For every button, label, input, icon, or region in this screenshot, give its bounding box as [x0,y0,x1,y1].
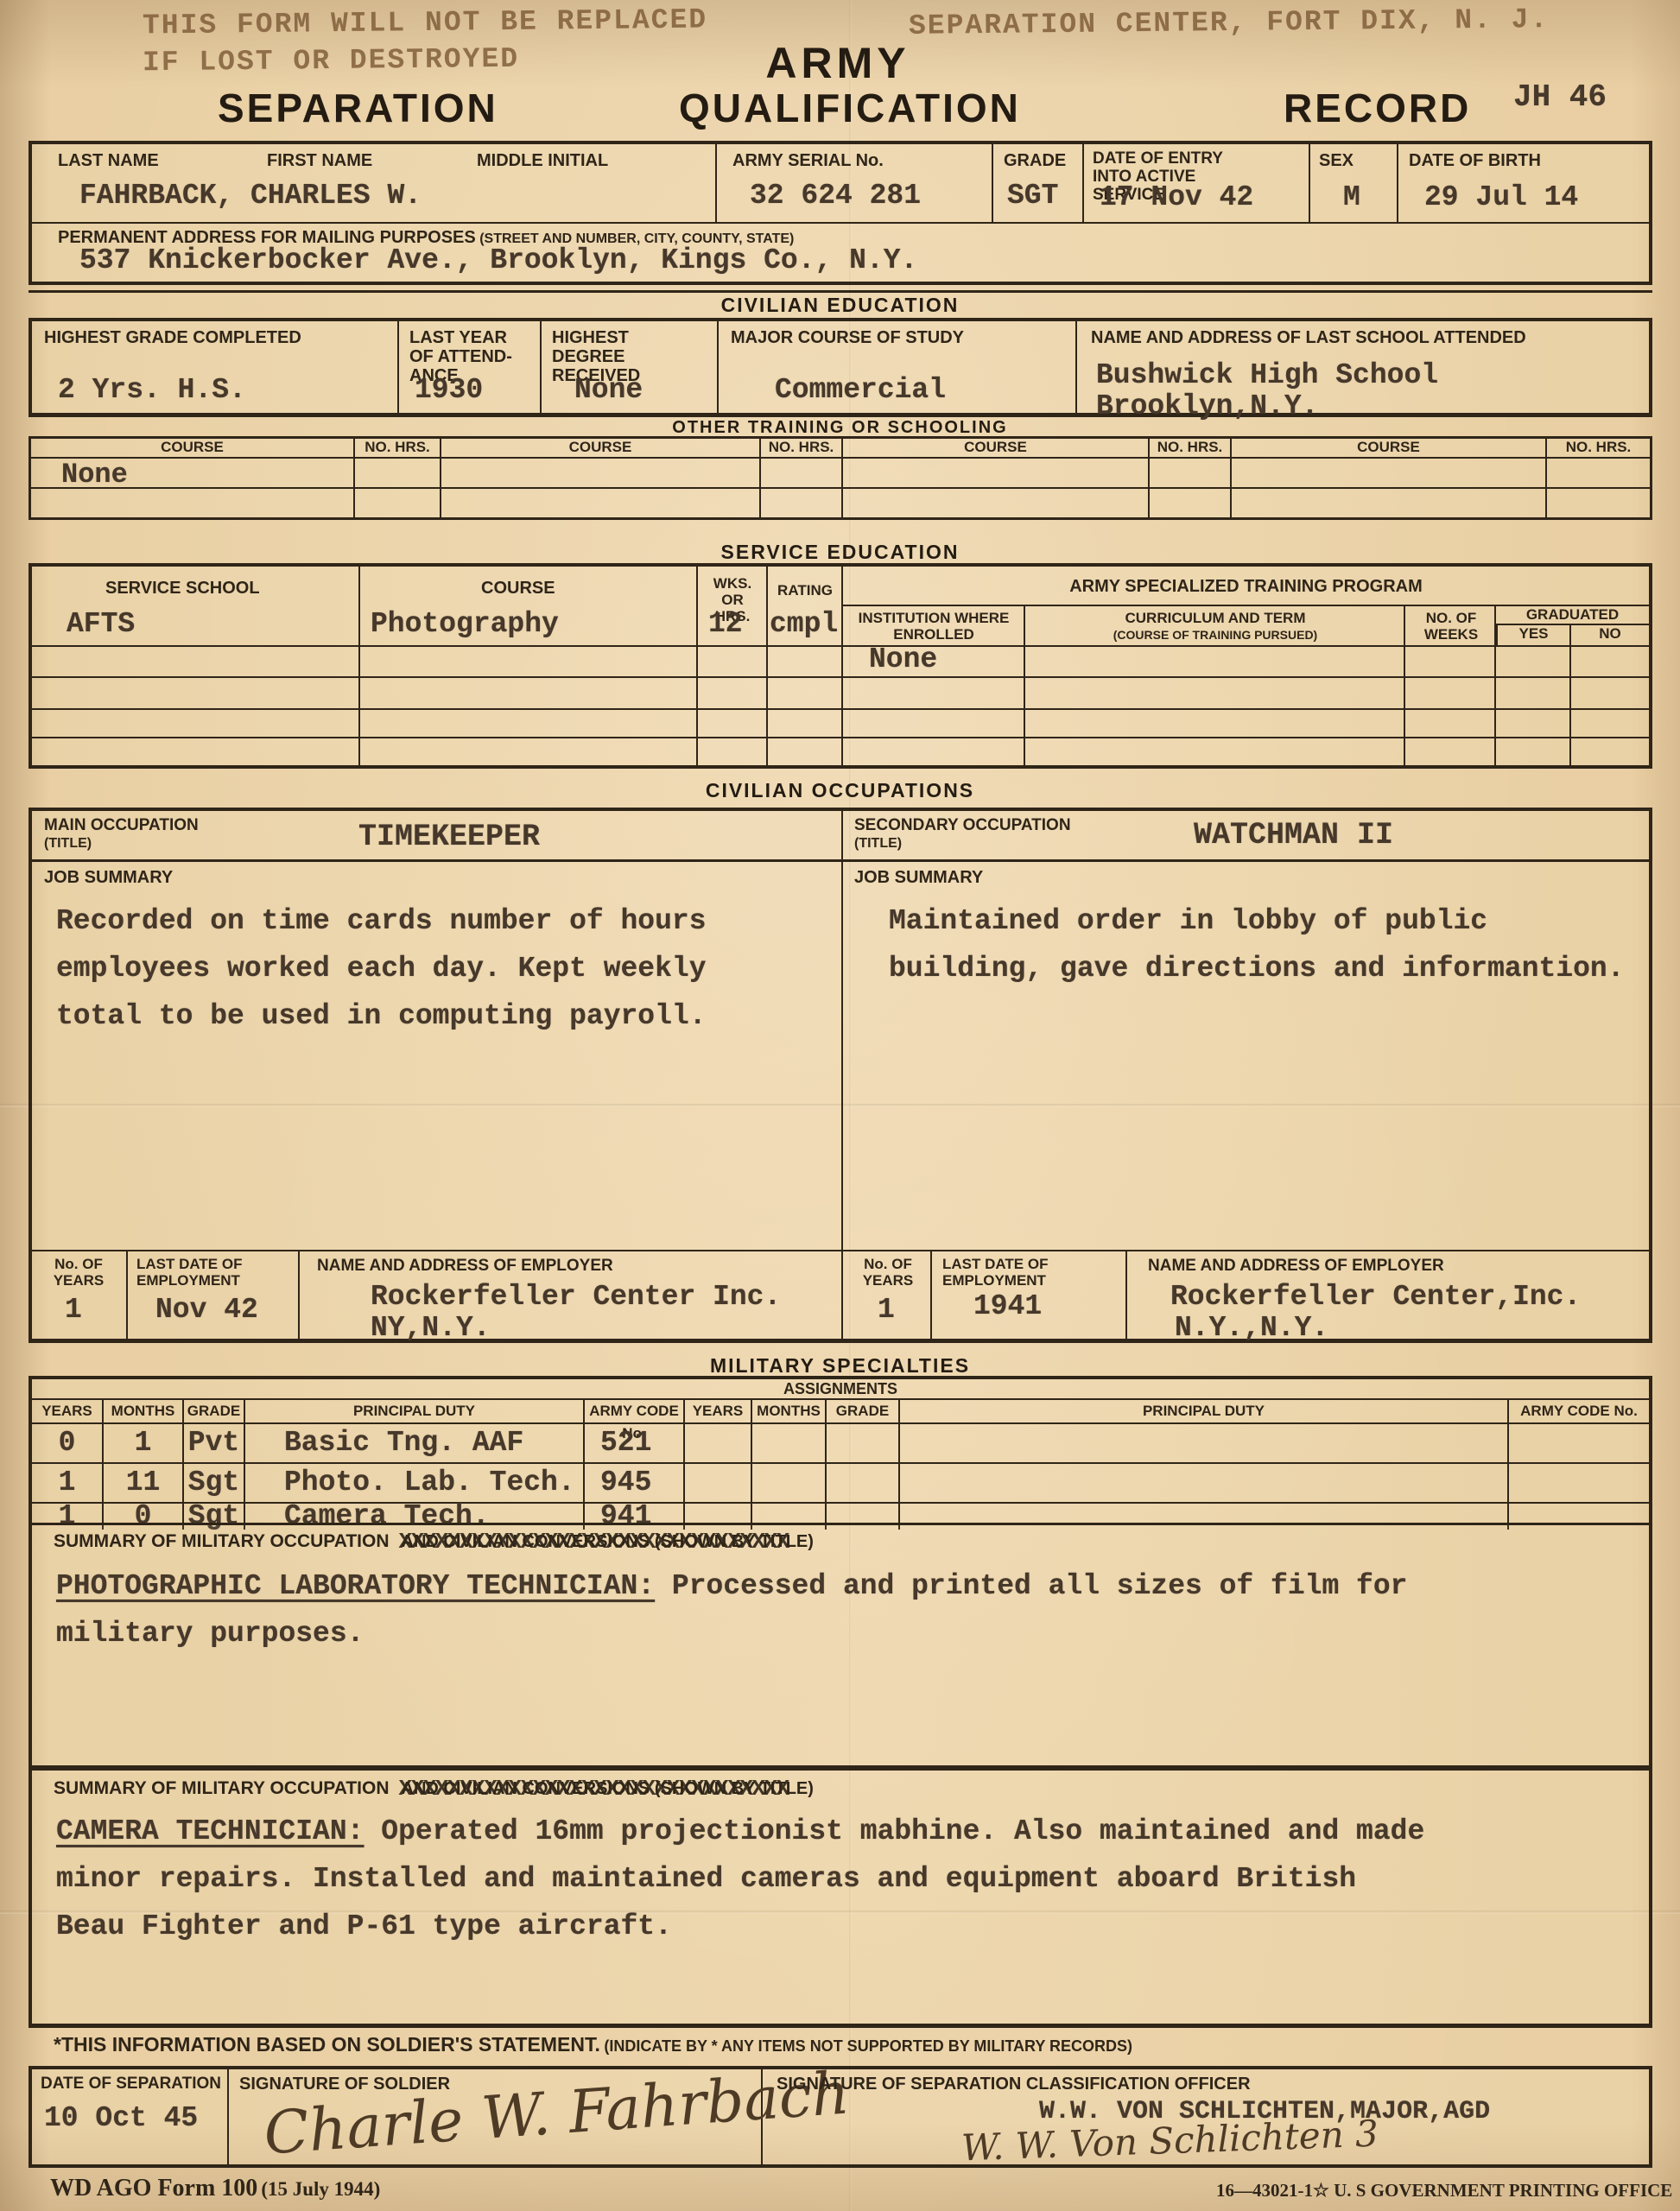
astp-label: ARMY SPECIALIZED TRAINING PROGRAM [843,577,1649,596]
service-ed-row-cell [843,678,1025,710]
service-education-heading: SERVICE EDUCATION [0,541,1680,564]
course-header: COURSE [1232,439,1547,457]
service-ed-row-cell [32,710,360,738]
service-ed-row-cell [32,678,360,710]
hrs-header: NO. HRS. [1150,439,1232,457]
summary1-struck-phrase: AND CIVILIAN CONVERSIONS (SHOWN BY TITLE… [402,1532,814,1552]
training-row-cell [355,459,441,487]
personal-info-table: LAST NAME FIRST NAME MIDDLE INITIAL FAHR… [29,141,1652,285]
officer-signature-label: SIGNATURE OF SEPARATION CLASSIFICATION O… [777,2075,1251,2094]
hrs-header: NO. HRS. [355,439,441,457]
footnote-main: *THIS INFORMATION BASED ON SOLDIER'S STA… [54,2033,600,2056]
service-ed-row-cell [32,647,360,678]
right-last-date-cell: LAST DATE OF EMPLOYMENT 1941 [932,1251,1127,1341]
hrs-header: NO. HRS. [1547,439,1650,457]
degree-value: None [574,374,643,406]
course-header: COURSE [31,439,355,457]
right-last-date-value: 1941 [973,1290,1042,1322]
service-ed-row-cell [1496,647,1571,678]
weeks-label: NO. OF WEEKS [1412,610,1490,643]
training-row-cell [1547,489,1650,517]
degree-cell: HIGHEST DEGREE RECEIVED None [542,321,719,413]
assignment-code: 945 [585,1464,685,1502]
grade-label: GRADE [1004,151,1066,170]
service-ed-row-cell [1405,647,1496,678]
institution-label: INSTITUTION WHERE ENROLLED [852,610,1016,643]
right-years-value: 1 [878,1294,895,1326]
summary2-title: CAMERA TECHNICIAN: [56,1815,364,1847]
service-ed-row-cell [1571,647,1649,678]
serial-label: ARMY SERIAL No. [732,151,884,170]
employer-label: NAME AND ADDRESS OF EMPLOYER [1148,1257,1444,1276]
officer-signature-script: W. W. Von Schlichten 3 [960,2113,1379,2170]
middle-initial-label: MIDDLE INITIAL [477,151,608,170]
training-course-value: None [61,459,128,491]
title-annotation: JH 46 [1513,79,1607,115]
service-ed-row-cell [32,738,360,765]
service-course-label: COURSE [481,579,555,598]
assignment-row: 1 0 Sgt Camera Tech. 941 [32,1504,1649,1524]
service-ed-row-cell [1571,678,1649,710]
left-years-value: 1 [65,1294,82,1326]
last-year-value: 1930 [415,374,483,406]
service-ed-row-cell [1405,678,1496,710]
secondary-occupation-label: SECONDARY OCCUPATION [854,816,1071,835]
summary2-box: SUMMARY OF MILITARY OCCUPATIONAND CIVILI… [29,1768,1652,2028]
assignment-empty [1509,1424,1649,1462]
wks-cell: WKS. OR HRS. 12 [698,567,768,647]
training-row-cell [1150,459,1232,487]
summary1-line2: military purposes. [56,1618,364,1650]
curriculum-sublabel: (COURSE OF TRAINING PURSUED) [1043,627,1388,643]
astp-institution-value: None [869,643,937,675]
service-ed-row-cell [360,710,698,738]
assignments-table: ASSIGNMENTS YEARS MONTHS GRADE PRINCIPAL… [29,1376,1652,1523]
assignment-row: 1 11 Sgt Photo. Lab. Tech. 945 [32,1464,1649,1504]
summary2-label: SUMMARY OF MILITARY OCCUPATION [54,1778,390,1798]
service-ed-row-cell [1405,738,1496,765]
assignment-years: 1 [32,1464,104,1502]
right-employer-line2: N.Y.,N.Y. [1175,1312,1328,1344]
address-value: 537 Knickerbocker Ave., Brooklyn, Kings … [79,244,917,276]
secondary-summary-line2: building, gave directions and informanti… [889,945,1625,992]
assignment-row: 0 1 Pvt Basic Tng. AAF 521 [32,1424,1649,1464]
service-ed-row-cell [768,738,843,765]
course-header: COURSE [843,439,1150,457]
service-ed-row-cell [1496,678,1571,710]
wks-value: 12 [708,608,743,640]
training-row-cell [1150,489,1232,517]
years-label: No. OF YEARS [846,1256,929,1289]
assignment-months: 11 [104,1464,184,1502]
assignment-empty [1509,1464,1649,1502]
training-row-cell [441,459,761,487]
graduated-yes-label: YES [1496,625,1571,647]
date-of-separation-cell: DATE OF SEPARATION 10 Oct 45 [32,2069,229,2164]
rating-value: cmpl [770,608,838,640]
service-ed-row-cell [843,710,1025,738]
training-row-cell [441,489,761,517]
stamp-not-replaced-line1: THIS FORM WILL NOT BE REPLACED [143,4,707,42]
service-school-value: AFTS [67,608,135,640]
employer-label: NAME AND ADDRESS OF EMPLOYER [317,1257,613,1276]
footnote: *THIS INFORMATION BASED ON SOLDIER'S STA… [54,2035,1132,2056]
summary2-line2: minor repairs. Installed and maintained … [56,1863,1356,1895]
sex-cell: SEX M [1310,144,1398,222]
main-title-sublabel: (TITLE) [44,836,92,852]
service-ed-row-cell [1025,647,1405,678]
form-number-date: (15 July 1944) [261,2178,380,2200]
assignment-empty [827,1464,900,1502]
form-title-army: ARMY [691,38,985,88]
name-cell: LAST NAME FIRST NAME MIDDLE INITIAL FAHR… [32,144,717,222]
service-ed-row-cell [1496,710,1571,738]
birth-value: 29 Jul 14 [1424,181,1578,213]
service-ed-row-cell [1405,710,1496,738]
hrs-header: NO. HRS. [761,439,843,457]
form-number-main: WD AGO Form 100 [50,2175,257,2201]
training-row-cell: None [31,459,355,487]
assignments-band: ASSIGNMENTS [32,1379,1649,1400]
service-school-cell: SERVICE SCHOOL AFTS [32,567,360,647]
entry-value: 17 Nov 42 [1100,181,1253,213]
assignment-empty [827,1424,900,1462]
service-ed-row-cell [698,647,768,678]
footnote-paren: (INDICATE BY * ANY ITEMS NOT SUPPORTED B… [604,2037,1132,2055]
main-summary-line1: Recorded on time cards number of hours [56,897,707,945]
graduated-no-label: NO [1571,625,1649,647]
main-occupation-label: MAIN OCCUPATION [44,816,199,835]
left-employer-cell: NAME AND ADDRESS OF EMPLOYER Rockerfelle… [300,1251,841,1341]
assignment-empty [900,1424,1509,1462]
graduated-header-cell: GRADUATED YES NO [1496,606,1649,647]
occupation-title-row: MAIN OCCUPATION (TITLE) TIMEKEEPER SECON… [32,811,1649,862]
other-training-heading: OTHER TRAINING OR SCHOOLING [0,418,1680,438]
summary2-line1: Operated 16mm projectionist mabhine. Als… [364,1815,1424,1847]
summary2-line3: Beau Fighter and P-61 type aircraft. [56,1910,672,1942]
school-value-line1: Bushwick High School [1096,359,1438,391]
service-ed-row-cell [698,738,768,765]
assignment-months: 1 [104,1424,184,1462]
secondary-occupation-value: WATCHMAN II [1194,818,1393,852]
civilian-occupations-table: MAIN OCCUPATION (TITLE) TIMEKEEPER SECON… [29,808,1652,1343]
service-ed-row-cell [1496,738,1571,765]
secondary-title-sublabel: (TITLE) [854,836,902,852]
assignment-duty: Photo. Lab. Tech. [245,1464,585,1502]
birth-label: DATE OF BIRTH [1409,151,1541,170]
military-specialties-heading: MILITARY SPECIALTIES [0,1354,1680,1378]
training-row-cell [1232,489,1547,517]
school-label: NAME AND ADDRESS OF LAST SCHOOL ATTENDED [1091,328,1526,347]
major-course-label: MAJOR COURSE OF STUDY [731,328,964,347]
main-occupation-value: TIMEKEEPER [358,820,540,854]
secondary-job-summary-label: JOB SUMMARY [854,868,983,887]
rating-cell: RATING cmpl [768,567,843,647]
service-ed-row-cell [768,710,843,738]
last-name-label: LAST NAME [58,151,159,170]
left-employer-line2: NY,N.Y. [371,1312,491,1344]
service-course-cell: COURSE Photography [360,567,698,647]
service-ed-row-cell [768,678,843,710]
rating-label: RATING [771,582,839,599]
training-row-cell [31,489,355,517]
civilian-education-heading: CIVILIAN EDUCATION [0,294,1680,317]
course-header: COURSE [441,439,761,457]
summary1-title: PHOTOGRAPHIC LABORATORY TECHNICIAN: [56,1570,655,1602]
address-cell: PERMANENT ADDRESS FOR MAILING PURPOSES (… [32,224,1649,280]
date-of-separation-value: 10 Oct 45 [44,2102,198,2134]
form-title-separation: SEPARATION [218,85,498,131]
graduated-label: GRADUATED [1496,606,1649,625]
serial-cell: ARMY SERIAL No. 32 624 281 [717,144,993,222]
double-rule [29,290,1652,293]
training-row-cell [1232,459,1547,487]
last-date-label: LAST DATE OF EMPLOYMENT [942,1256,1072,1289]
service-course-value: Photography [371,608,559,640]
last-date-label: LAST DATE OF EMPLOYMENT [136,1256,266,1289]
separation-qualification-record-page: THIS FORM WILL NOT BE REPLACED IF LOST O… [0,0,1680,2211]
service-ed-row-cell [1025,738,1405,765]
assignment-empty [685,1424,752,1462]
assignment-duty: Basic Tng. AAF [245,1424,585,1462]
service-ed-row-cell [768,647,843,678]
left-last-date-value: Nov 42 [155,1294,258,1326]
main-job-summary-label: JOB SUMMARY [44,868,173,887]
date-of-separation-label: DATE OF SEPARATION [41,2075,221,2094]
training-row-cell [761,489,843,517]
training-row-cell [761,459,843,487]
civilian-occupations-heading: CIVILIAN OCCUPATIONS [0,779,1680,802]
left-last-date-cell: LAST DATE OF EMPLOYMENT Nov 42 [128,1251,300,1341]
employer-band: No. OF YEARS 1 LAST DATE OF EMPLOYMENT N… [32,1250,1649,1341]
assignment-code: 521 [585,1424,685,1462]
highest-grade-cell: HIGHEST GRADE COMPLETED 2 Yrs. H.S. [32,321,399,413]
form-title-qualification: QUALIFICATION [679,85,1021,131]
first-name-label: FIRST NAME [267,151,372,170]
training-row-cell [355,489,441,517]
major-course-value: Commercial [775,374,946,406]
right-employer-cell: NAME AND ADDRESS OF EMPLOYER Rockerfelle… [1127,1251,1649,1341]
name-value: FAHRBACK, CHARLES W. [79,180,422,212]
assignment-empty [685,1464,752,1502]
right-employer-line1: Rockerfeller Center,Inc. [1170,1281,1581,1313]
curriculum-header-cell: CURRICULUM AND TERM (COURSE OF TRAINING … [1025,606,1405,647]
entry-cell: DATE OF ENTRY INTO ACTIVE SERVICE 17 Nov… [1084,144,1310,222]
astp-header-cell: ARMY SPECIALIZED TRAINING PROGRAM [843,567,1649,606]
stamp-separation-center: SEPARATION CENTER, FORT DIX, N. J. [909,3,1550,42]
service-ed-row-cell [698,678,768,710]
officer-signature-cell: SIGNATURE OF SEPARATION CLASSIFICATION O… [763,2069,1649,2164]
assignment-years: 0 [32,1424,104,1462]
sex-value: M [1343,181,1360,213]
curriculum-label: CURRICULUM AND TERM [1043,610,1388,626]
sex-label: SEX [1319,151,1354,170]
school-cell: NAME AND ADDRESS OF LAST SCHOOL ATTENDED… [1077,321,1649,413]
civilian-education-table: HIGHEST GRADE COMPLETED 2 Yrs. H.S. LAST… [29,318,1652,417]
service-ed-row-cell [843,738,1025,765]
secondary-summary-line1: Maintained order in lobby of public [889,897,1625,945]
years-label: No. OF YEARS [37,1256,120,1289]
service-education-table: SERVICE SCHOOL AFTS COURSE Photography W… [29,563,1652,769]
institution-header-cell: INSTITUTION WHERE ENROLLED [843,606,1025,647]
birth-cell: DATE OF BIRTH 29 Jul 14 [1398,144,1642,222]
highest-grade-value: 2 Yrs. H.S. [58,374,246,406]
service-ed-row-cell [1571,738,1649,765]
stamp-not-replaced-line2: IF LOST OR DESTROYED [143,43,519,79]
service-ed-row-cell [360,678,698,710]
right-years-cell: No. OF YEARS 1 [843,1251,932,1341]
summary2-struck-phrase: AND CIVILIAN CONVERSIONS (SHOWN BY TITLE… [402,1779,814,1799]
main-summary-line2: employees worked each day. Kept weekly [56,945,707,992]
service-school-label: SERVICE SCHOOL [105,579,260,598]
service-ed-row-cell [360,738,698,765]
training-row-cell [1547,459,1650,487]
gpo-imprint: 16—43021-1☆ U. S GOVERNMENT PRINTING OFF… [1216,2180,1672,2201]
main-summary-line3: total to be used in computing payroll. [56,992,707,1040]
weeks-header-cell: NO. OF WEEKS [1405,606,1496,647]
service-ed-row-cell [698,710,768,738]
service-ed-row-cell [1571,710,1649,738]
form-title-record: RECORD [1284,85,1471,131]
signature-table: DATE OF SEPARATION 10 Oct 45 SIGNATURE O… [29,2066,1652,2168]
assignment-grade: Pvt [184,1424,245,1462]
service-ed-row-cell [1025,710,1405,738]
training-row-cell [843,489,1150,517]
assignment-empty [900,1464,1509,1502]
summary2-strike-overlay: XXXXXXXXXXXXXXXXXXXXXXXXXXXXXXXX [399,1776,789,1802]
other-training-table: COURSE NO. HRS. COURSE NO. HRS. COURSE N… [29,436,1652,520]
highest-grade-label: HIGHEST GRADE COMPLETED [44,328,301,347]
left-employer-line1: Rockerfeller Center Inc. [371,1281,781,1313]
training-row-cell [843,459,1150,487]
grade-value: SGT [1007,180,1058,212]
major-course-cell: MAJOR COURSE OF STUDY Commercial [719,321,1077,413]
assignment-empty [752,1464,827,1502]
summary1-line1: Processed and printed all sizes of film … [655,1570,1407,1602]
assignment-empty [752,1424,827,1462]
soldier-signature-cell: SIGNATURE OF SOLDIER Charle W. Fahrbach [229,2069,763,2164]
service-ed-row-cell [1025,678,1405,710]
grade-cell: GRADE SGT [993,144,1084,222]
astp-institution-value-cell: None [843,647,1025,678]
summary1-box: SUMMARY OF MILITARY OCCUPATIONAND CIVILI… [29,1523,1652,1768]
form-number: WD AGO Form 100 (15 July 1944) [50,2175,380,2202]
assignment-grade: Sgt [184,1464,245,1502]
summary1-label: SUMMARY OF MILITARY OCCUPATION [54,1531,390,1551]
left-years-cell: No. OF YEARS 1 [32,1251,128,1341]
summary1-strike-overlay: XXXXXXXXXXXXXXXXXXXXXXXXXXXXXXXX [399,1529,789,1555]
serial-value: 32 624 281 [750,180,921,212]
last-year-cell: LAST YEAR OF ATTEND-ANCE 1930 [399,321,542,413]
service-ed-row-cell [360,647,698,678]
